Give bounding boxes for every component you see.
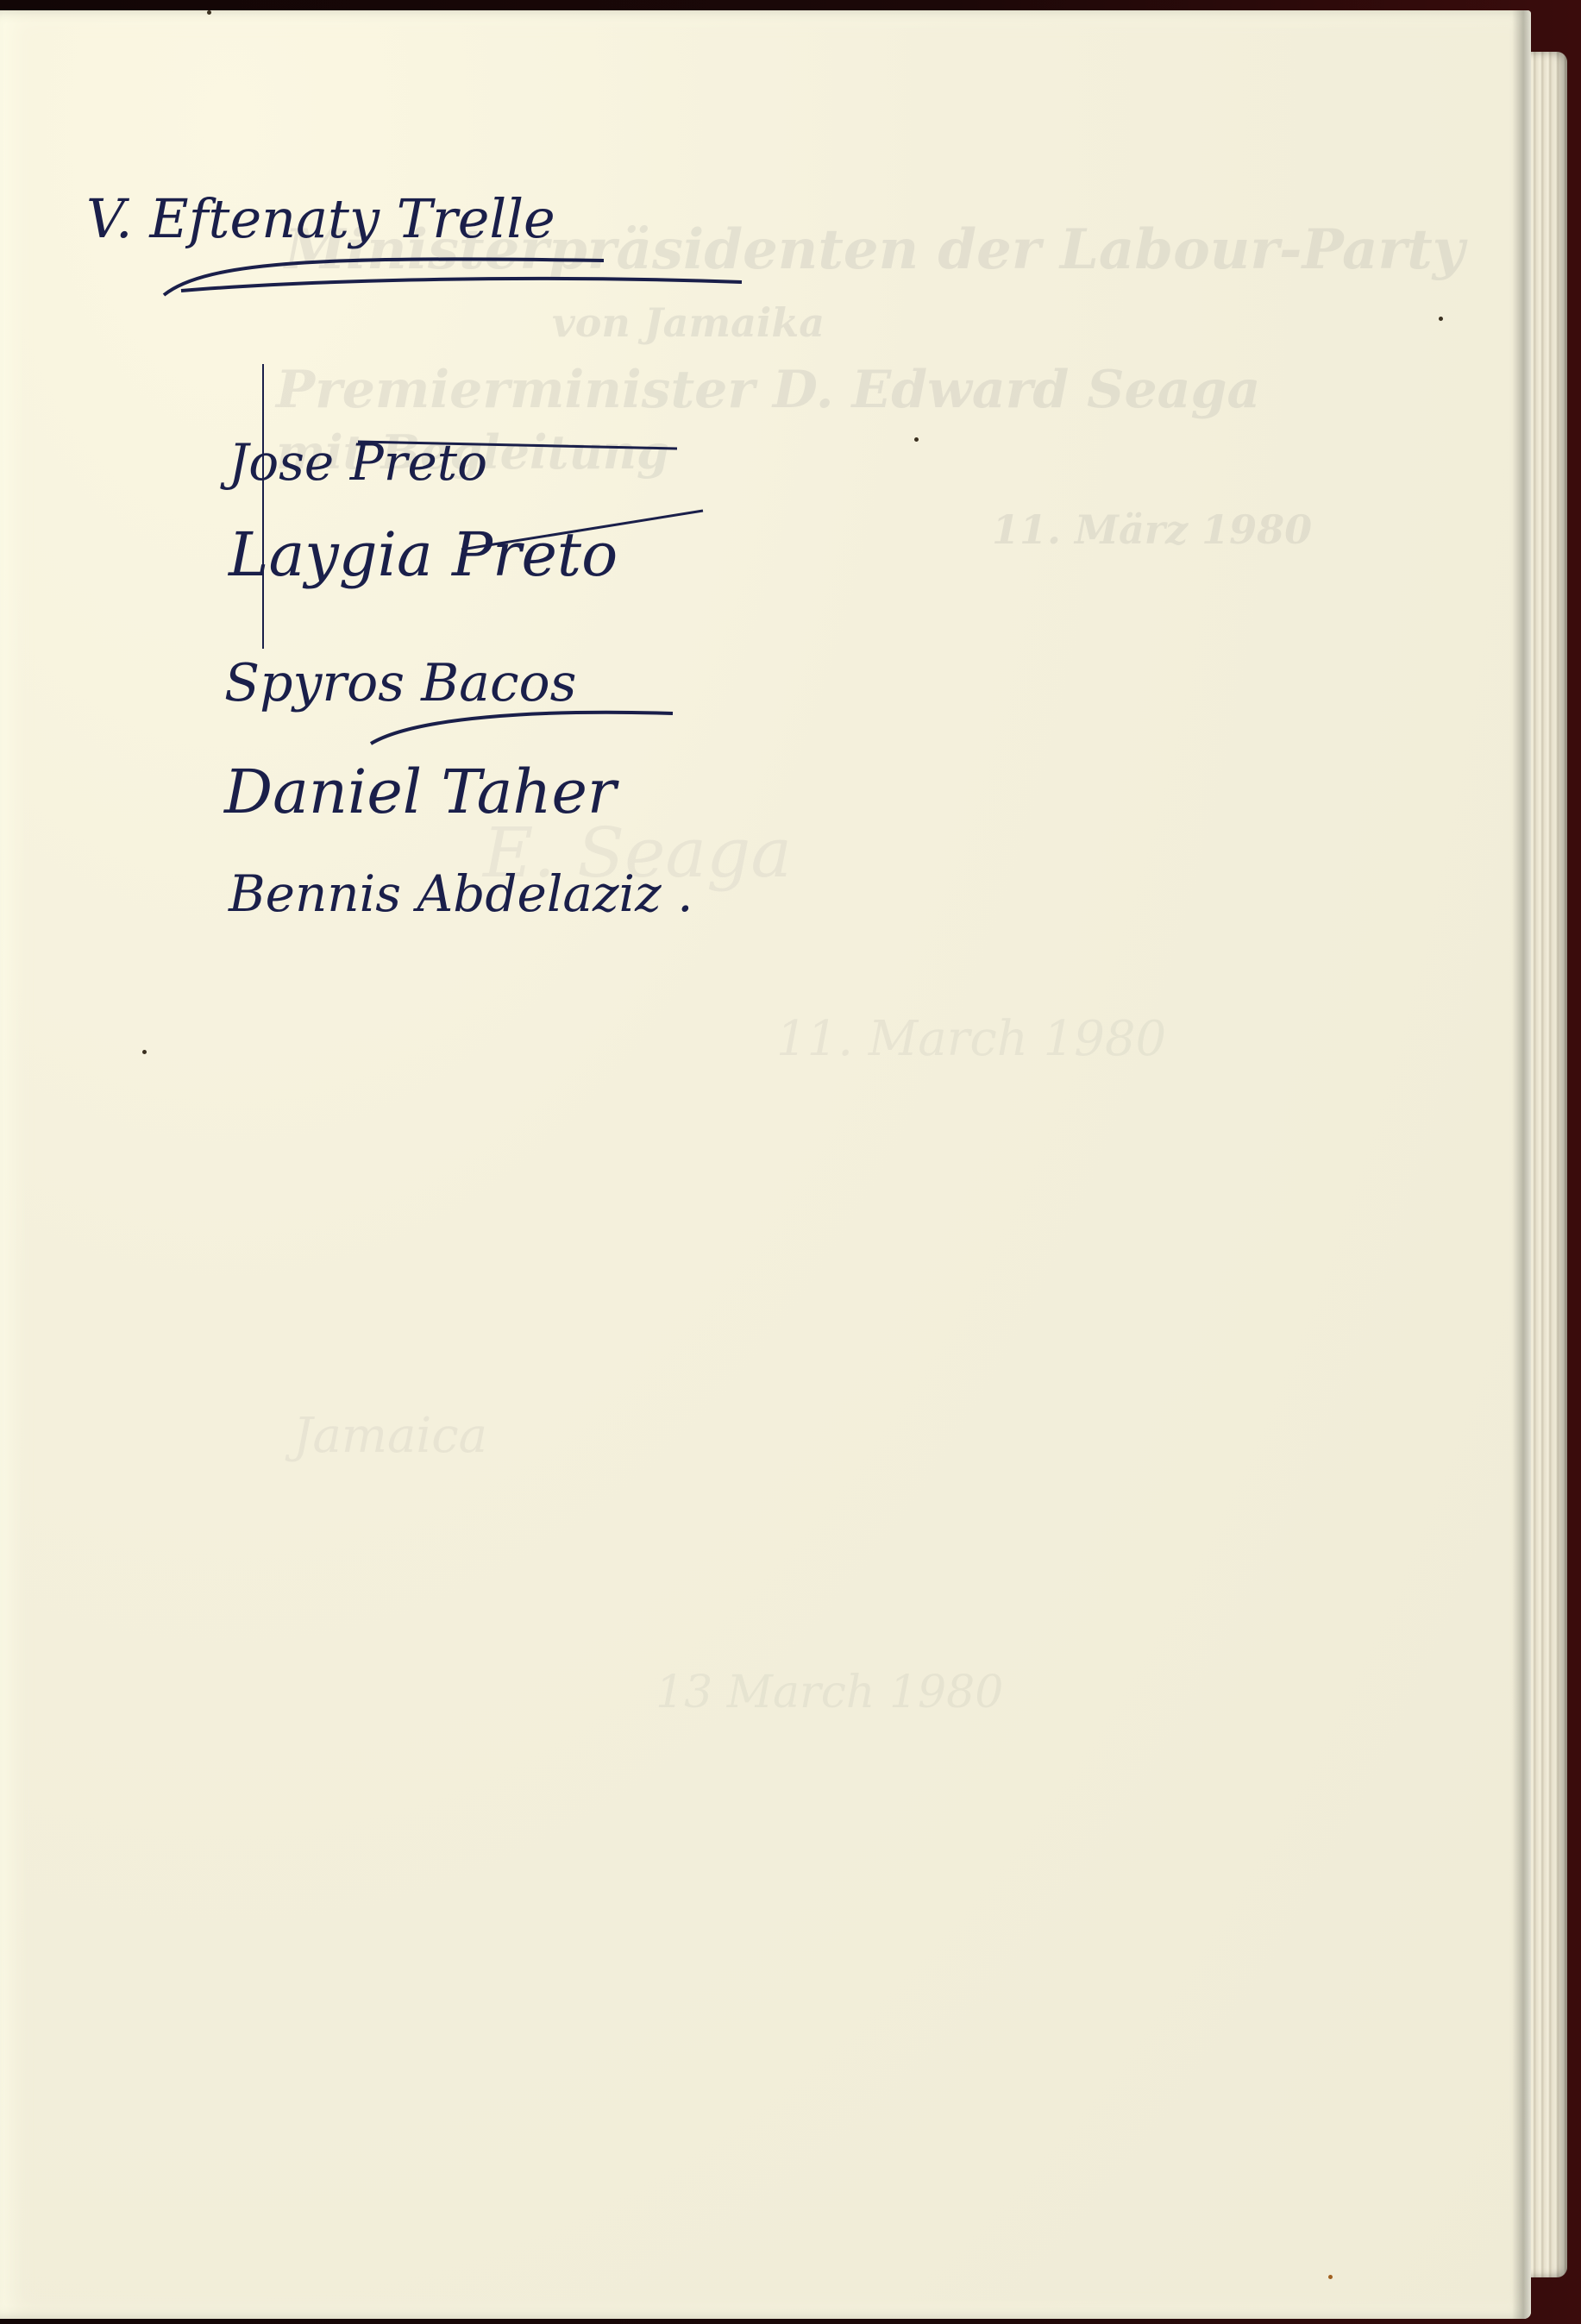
signature-6: Bennis Abdelaziz . [229,864,693,923]
bleed-signature-3: Jamaica [293,1408,487,1464]
paper-speck [914,437,919,442]
bleed-signature-2: 11. March 1980 [776,1011,1166,1067]
page-deckle-edge [1512,10,1531,2319]
signature-3-flourish [444,511,962,614]
signature-2-flourish [229,338,746,511]
signature-2: Jose Preto [229,433,487,492]
signature-4: Spyros Bacos [224,653,576,713]
bleed-signature-4: 13 March 1980 [656,1667,1003,1718]
bleed-date: 11. März 1980 [992,506,1312,553]
signature-5-text: Daniel Taher [224,757,616,827]
paper-speck [1328,2275,1333,2279]
signature-1-underline [155,222,759,325]
signature-6-text: Bennis Abdelaziz . [229,864,693,923]
guestbook-page: Ministerpräsidenten der Labour-Party von… [0,10,1531,2319]
signature-1: V. Eftenaty Trelle [86,187,555,250]
signature-5: Daniel Taher [224,757,616,827]
paper-speck [207,10,211,15]
signature-3: Laygia Preto [229,519,618,590]
paper-speck [1439,317,1443,321]
paper-speck [142,1050,147,1054]
